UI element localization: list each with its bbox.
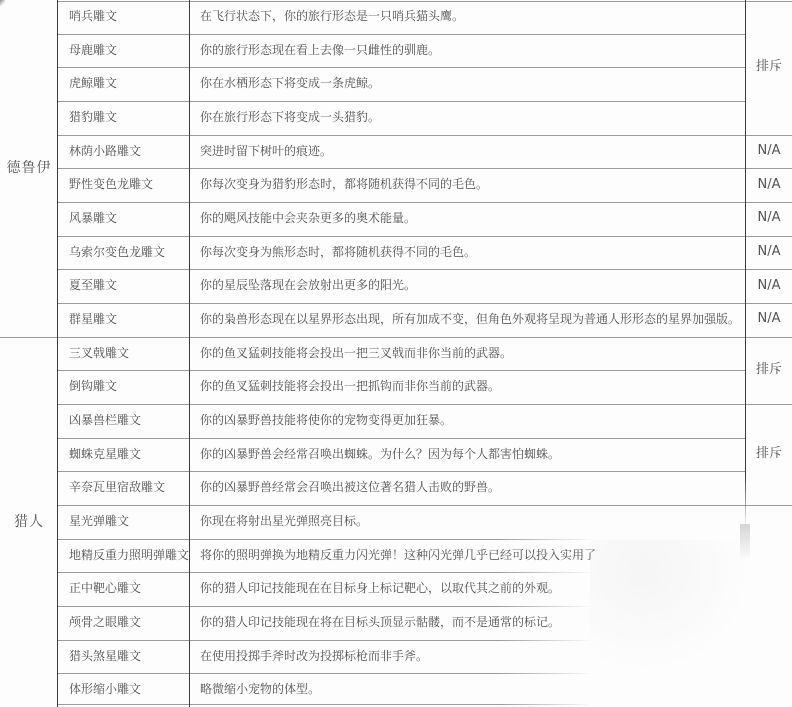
status-cell: N/A [746, 236, 792, 270]
grid-line-h [58, 640, 593, 641]
glyph-name-cell: 虎鲸雕文 [58, 67, 190, 101]
grid-line-h [58, 236, 792, 237]
glyph-description-cell: 在使用投掷手斧时改为投掷标枪而非手斧。 [190, 640, 746, 674]
glyph-description-cell: 你的凶暴野兽经常会召唤出被这位著名猎人击败的野兽。 [190, 471, 746, 505]
status-cell: 排斥 [746, 0, 792, 135]
status-cell: N/A [746, 269, 792, 303]
glyph-description-cell: 你的鱼叉猛刺技能将会投出一把抓钩而非你当前的武器。 [190, 370, 746, 404]
status-cell: N/A [746, 202, 792, 236]
glyph-name-cell: 风暴雕文 [58, 202, 190, 236]
status-cell: 排斥 [746, 337, 792, 404]
grid-line-v [745, 0, 746, 528]
grid-line-h [58, 505, 792, 506]
glyph-description-cell: 你每次变身为猎豹形态时，都将随机获得不同的毛色。 [190, 168, 746, 202]
glyph-description-cell: 在飞行状态下，你的旅行形态是一只哨兵猫头鹰。 [190, 0, 746, 34]
grid-line-h [58, 1, 792, 2]
glyph-name-cell: 野性变色龙雕文 [58, 168, 190, 202]
corner-artifact [0, 0, 5, 6]
grid-line-h [58, 67, 746, 68]
grid-line-h [58, 202, 792, 203]
glyph-description-cell: 你的枭兽形态现在以星界形态出现，所有加成不变，但角色外观将呈现为普通人形形态的星… [190, 303, 746, 337]
glyph-description-cell: 你的星辰坠落现在会放射出更多的阳光。 [190, 269, 746, 303]
glyph-name-cell: 哨兵雕文 [58, 0, 190, 34]
grid-line-h [58, 34, 746, 35]
status-cell: N/A [746, 168, 792, 202]
glyph-name-cell: 林荫小路雕文 [58, 135, 190, 169]
glyph-name-cell: 夏至雕文 [58, 269, 190, 303]
glyph-description-cell: 你的凶暴野兽技能将使你的宠物变得更加狂暴。 [190, 404, 746, 438]
status-cell: N/A [746, 303, 792, 337]
grid-line-h [58, 370, 746, 371]
glyph-description-cell: 你的猎人印记技能现在在目标身上标记靶心，以取代其之前的外观。 [190, 572, 746, 606]
grid-line-h [58, 269, 792, 270]
class-cell: 猎人 [0, 337, 58, 707]
glyph-name-cell: 群星雕文 [58, 303, 190, 337]
glyph-description-cell: 你现在将射出星光弹照亮目标。 [190, 505, 746, 539]
grid-line-h [58, 168, 792, 169]
glyph-name-cell: 星光弹雕文 [58, 505, 190, 539]
glyph-name-cell: 猎头煞星雕文 [58, 640, 190, 674]
glyph-description-cell: 你在旅行形态下将变成一头猎豹。 [190, 101, 746, 135]
grid-line-h [58, 673, 593, 674]
glyph-name-cell: 正中靶心雕文 [58, 572, 190, 606]
glyph-description-cell: 你的猎人印记技能现在将在目标头顶显示骷髅，而不是通常的标记。 [190, 606, 746, 640]
glyph-name-cell: 三叉戟雕文 [58, 337, 190, 371]
glyph-name-cell: 乌索尔变色龙雕文 [58, 236, 190, 270]
glyph-name-cell: 倒钩雕文 [58, 370, 190, 404]
status-cell: 排斥 [746, 404, 792, 505]
grid-line-h [58, 101, 746, 102]
grid-line-h [0, 337, 792, 338]
glyph-name-cell: 辛奈瓦里宿敌雕文 [58, 471, 190, 505]
grid-line-h [58, 438, 746, 439]
glyph-name-cell: 体形缩小雕文 [58, 673, 190, 707]
grid-line-h [58, 471, 746, 472]
glyph-table-screenshot: 德鲁伊哨兵雕文在飞行状态下，你的旅行形态是一只哨兵猫头鹰。母鹿雕文你的旅行形态现… [0, 0, 792, 707]
glyph-name-cell: 猎豹雕文 [58, 101, 190, 135]
grid-line-h [58, 704, 593, 705]
glyph-name-cell: 地精反重力照明弹雕文 [58, 539, 190, 573]
glyph-name-cell: 母鹿雕文 [58, 34, 190, 68]
glyph-description-cell: 你每次变身为熊形态时，都将随机获得不同的毛色。 [190, 236, 746, 270]
glyph-description-cell: 将你的照明弹换为地精反重力闪光弹！这种闪光弹几乎已经可以投入实用了 [190, 539, 746, 573]
grid-line-h [58, 539, 593, 540]
glyph-description-cell: 你的凶暴野兽会经常召唤出蜘蛛。为什么？因为每个人都害怕蜘蛛。 [190, 438, 746, 472]
grid-line-v [57, 0, 58, 707]
grid-line-h [58, 303, 792, 304]
glyph-description-cell: 你的鱼叉猛刺技能将会投出一把三叉戟而非你当前的武器。 [190, 337, 746, 371]
glyph-name-cell: 蜘蛛克星雕文 [58, 438, 190, 472]
grid-line-v [189, 0, 190, 707]
glyph-description-cell: 你在水栖形态下将变成一条虎鲸。 [190, 67, 746, 101]
status-cell: N/A [746, 135, 792, 169]
glyph-description-cell: 突进时留下树叶的痕迹。 [190, 135, 746, 169]
grid-line-h [58, 404, 792, 405]
grid-line-h [58, 606, 593, 607]
glyph-description-cell: 你的飓风技能中会夹杂更多的奥术能量。 [190, 202, 746, 236]
glyph-name-cell: 颅骨之眼雕文 [58, 606, 190, 640]
glyph-name-cell: 凶暴兽栏雕文 [58, 404, 190, 438]
glyph-description-cell: 略微缩小宠物的体型。 [190, 673, 746, 707]
class-cell: 德鲁伊 [0, 0, 58, 337]
grid-line-h [58, 572, 593, 573]
glyph-description-cell: 你的旅行形态现在看上去像一只雌性的驯鹿。 [190, 34, 746, 68]
grid-line-h [58, 135, 792, 136]
